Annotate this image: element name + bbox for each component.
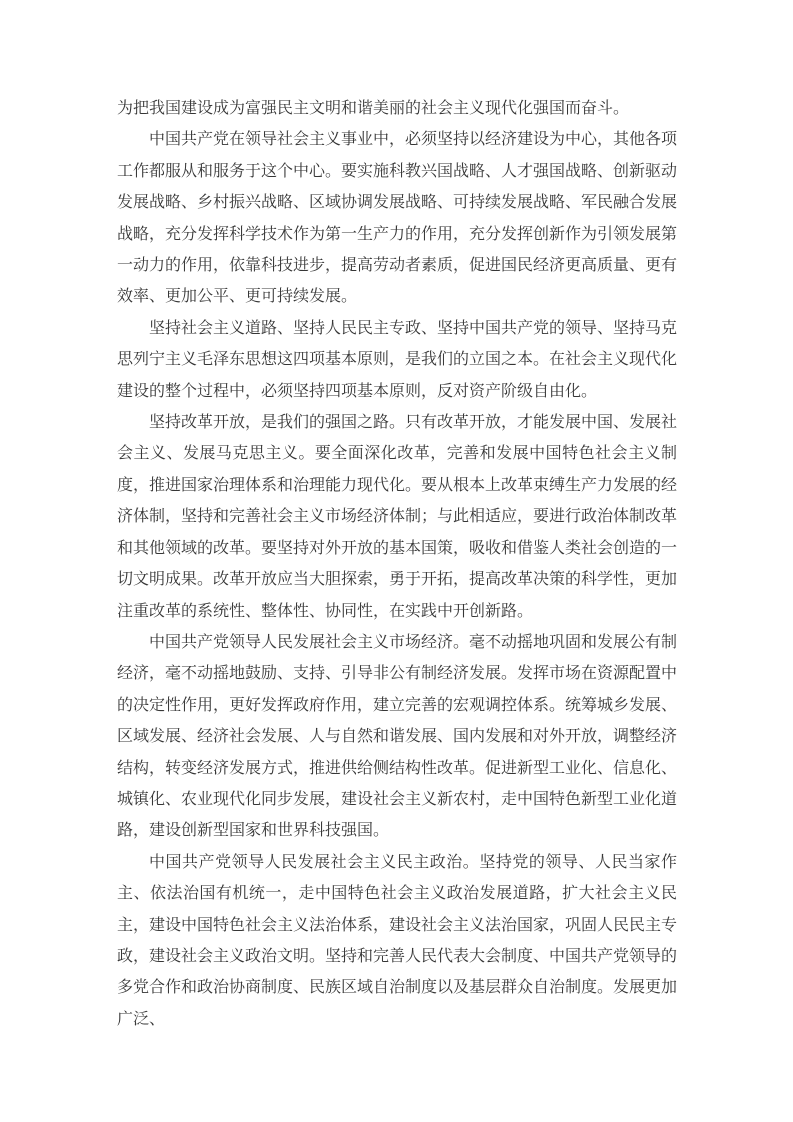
text-block: 为把我国建设成为富强民主文明和谐美丽的社会主义现代化强国而奋斗。 中国共产党在领… — [117, 92, 677, 1034]
paragraph-reform-opening: 坚持改革开放，是我们的强国之路。只有改革开放，才能发展中国、发展社会主义、发展马… — [117, 406, 677, 626]
paragraph-continuation: 为把我国建设成为富强民主文明和谐美丽的社会主义现代化强国而奋斗。 — [117, 92, 677, 123]
paragraph-four-cardinal-principles: 坚持社会主义道路、坚持人民民主专政、坚持中国共产党的领导、坚持马克思列宁主义毛泽… — [117, 312, 677, 406]
paragraph-economic-construction: 中国共产党在领导社会主义事业中，必须坚持以经济建设为中心，其他各项工作都服从和服… — [117, 123, 677, 311]
paragraph-market-economy: 中国共产党领导人民发展社会主义市场经济。毫不动摇地巩固和发展公有制经济，毫不动摇… — [117, 626, 677, 846]
document-page: 为把我国建设成为富强民主文明和谐美丽的社会主义现代化强国而奋斗。 中国共产党在领… — [0, 0, 793, 1122]
paragraph-democratic-politics: 中国共产党领导人民发展社会主义民主政治。坚持党的领导、人民当家作主、依法治国有机… — [117, 846, 677, 1034]
